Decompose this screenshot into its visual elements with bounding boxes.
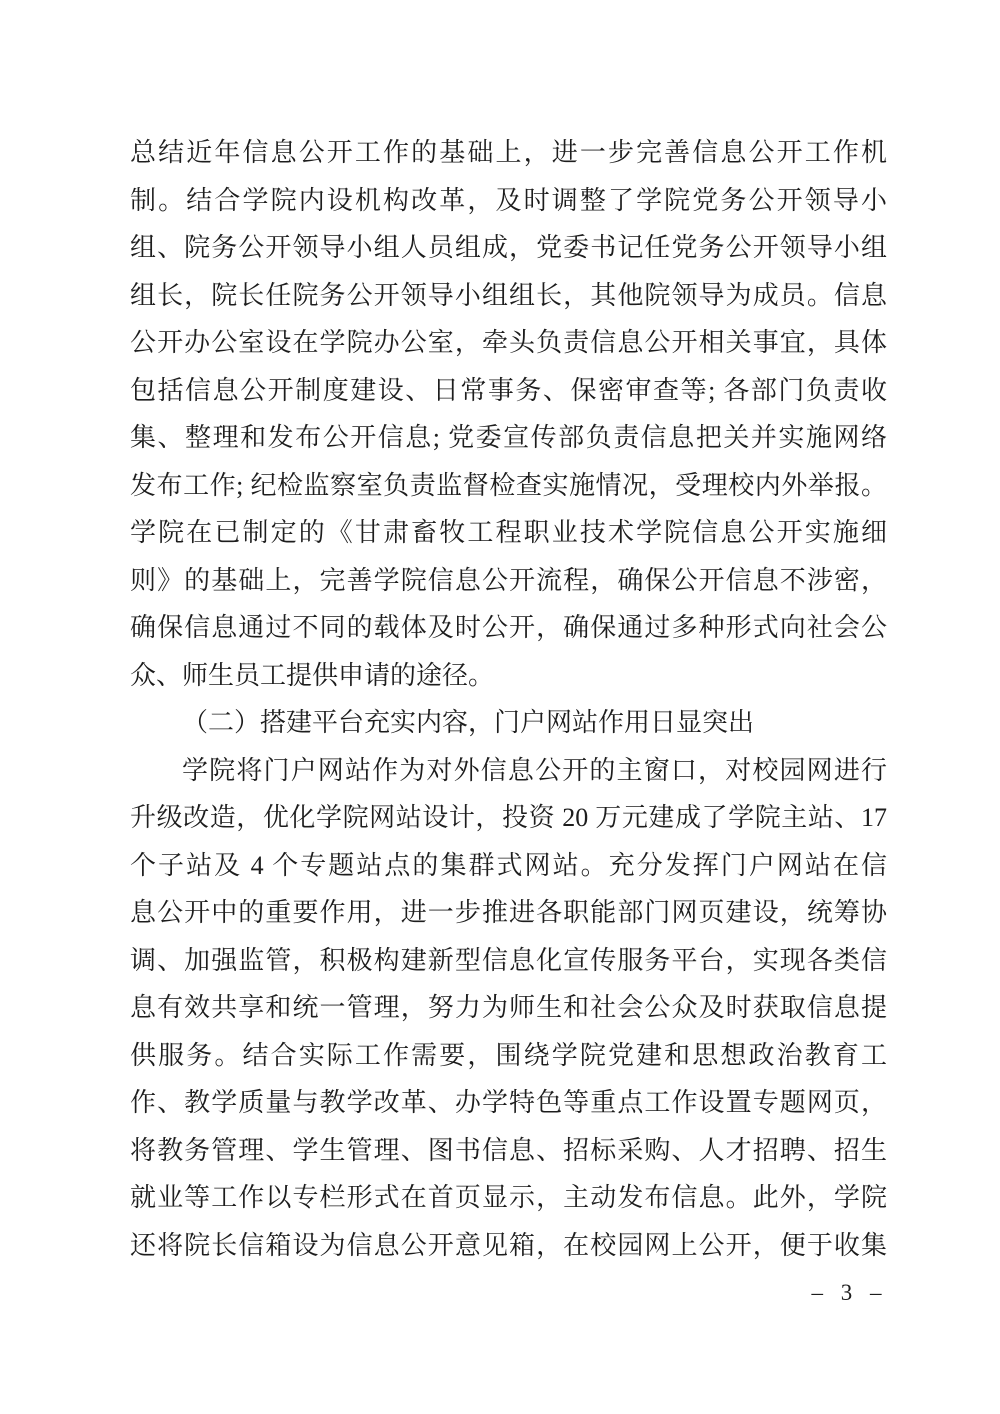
text-line: 就业等工作以专栏形式在首页显示，主动发布信息。此外，学院 xyxy=(130,1174,887,1222)
text-line: （二）搭建平台充实内容，门户网站作用日显突出 xyxy=(130,699,887,747)
text-line: 则》的基础上，完善学院信息公开流程，确保公开信息不涉密， xyxy=(130,557,887,605)
text-line: 确保信息通过不同的载体及时公开，确保通过多种形式向社会公 xyxy=(130,604,887,652)
text-line: 还将院长信箱设为信息公开意见箱，在校园网上公开，便于收集 xyxy=(130,1222,887,1270)
document-page: 总结近年信息公开工作的基础上，进一步完善信息公开工作机制。结合学院内设机构改革，… xyxy=(0,0,1000,1414)
text-line: 息公开中的重要作用，进一步推进各职能部门网页建设，统筹协 xyxy=(130,889,887,937)
text-line: 供服务。结合实际工作需要，围绕学院党建和思想政治教育工 xyxy=(130,1032,887,1080)
text-line: 公开办公室设在学院办公室，牵头负责信息公开相关事宜，具体 xyxy=(130,319,887,367)
text-line: 息有效共享和统一管理，努力为师生和社会公众及时获取信息提 xyxy=(130,984,887,1032)
text-line: 众、师生员工提供申请的途径。 xyxy=(130,652,887,700)
text-line: 升级改造，优化学院网站设计，投资 20 万元建成了学院主站、17 xyxy=(130,794,887,842)
text-line: 将教务管理、学生管理、图书信息、招标采购、人才招聘、招生 xyxy=(130,1127,887,1175)
text-line: 制。结合学院内设机构改革，及时调整了学院党务公开领导小 xyxy=(130,177,887,225)
text-line: 总结近年信息公开工作的基础上，进一步完善信息公开工作机 xyxy=(130,129,887,177)
document-lines: 总结近年信息公开工作的基础上，进一步完善信息公开工作机制。结合学院内设机构改革，… xyxy=(130,129,887,1269)
text-line: 学院在已制定的《甘肃畜牧工程职业技术学院信息公开实施细 xyxy=(130,509,887,557)
text-line: 作、教学质量与教学改革、办学特色等重点工作设置专题网页， xyxy=(130,1079,887,1127)
page-number: – 3 – xyxy=(800,1277,896,1309)
text-line: 组长，院长任院务公开领导小组组长，其他院领导为成员。信息 xyxy=(130,272,887,320)
text-line: 个子站及 4 个专题站点的集群式网站。充分发挥门户网站在信 xyxy=(130,842,887,890)
text-line: 学院将门户网站作为对外信息公开的主窗口，对校园网进行 xyxy=(130,747,887,795)
text-line: 组、院务公开领导小组人员组成，党委书记任党务公开领导小组 xyxy=(130,224,887,272)
text-line: 包括信息公开制度建设、日常事务、保密审查等; 各部门负责收 xyxy=(130,367,887,415)
text-line: 调、加强监管，积极构建新型信息化宣传服务平台，实现各类信 xyxy=(130,937,887,985)
text-line: 发布工作; 纪检监察室负责监督检查实施情况，受理校内外举报。 xyxy=(130,462,887,510)
text-line: 集、整理和发布公开信息; 党委宣传部负责信息把关并实施网络 xyxy=(130,414,887,462)
